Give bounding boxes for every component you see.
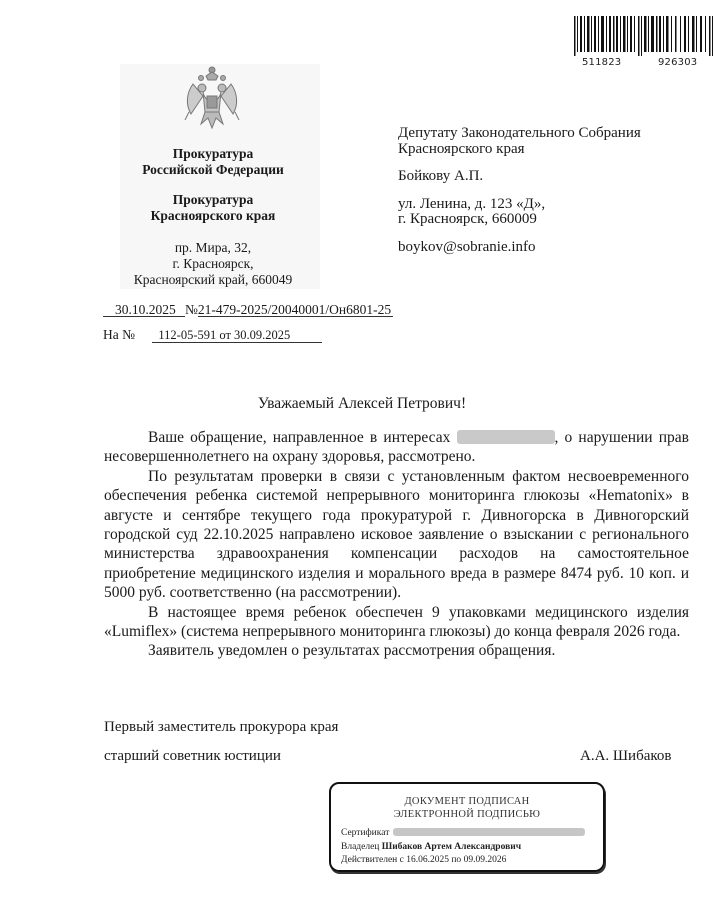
reference-value: 112-05-591 от 30.09.2025 <box>152 329 322 343</box>
valid-to-label: по <box>451 855 461 865</box>
sender-org-line2: Российской Федерации <box>110 162 316 178</box>
validity-label: Действителен <box>341 855 397 865</box>
recipient-line1: Депутату Законодательного Собрания <box>398 125 641 141</box>
sender-addr-line3: Красноярский край, 660049 <box>110 272 316 288</box>
stamp-certificate-row: Сертификат <box>341 828 585 838</box>
body-paragraph-1: Ваше обращение, направленное в интересах… <box>104 428 689 467</box>
owner-name: Шибаков Артем Александрович <box>382 842 521 852</box>
certificate-label: Сертификат <box>341 828 389 838</box>
outgoing-date: 30.10.2025 <box>103 303 185 317</box>
recipient-addr-line1: ул. Ленина, д. 123 «Д», <box>398 196 545 212</box>
barcode-right-number: 926303 <box>658 57 697 68</box>
owner-label: Владелец <box>341 842 379 852</box>
reference-number-line: На № 112-05-591 от 30.09.2025 <box>103 327 322 343</box>
recipient-block: Депутату Законодательного Собрания Красн… <box>398 126 718 267</box>
reference-label: На № <box>103 327 135 342</box>
recipient-addr-line2: г. Красноярск, 660009 <box>398 211 537 227</box>
sender-addr-line1: пр. Мира, 32, <box>110 240 316 256</box>
valid-from-date: 16.06.2025 <box>406 855 449 865</box>
sender-addr-line2: г. Красноярск, <box>110 256 316 272</box>
barcode-left-number: 511823 <box>582 57 621 68</box>
sender-sub-line2: Красноярского края <box>110 208 316 224</box>
redacted-name <box>457 430 555 444</box>
stamp-owner-row: Владелец Шибаков Артем Александрович <box>341 842 521 852</box>
stamp-validity-row: Действителен с 16.06.2025 по 09.09.2026 <box>341 855 506 865</box>
barcode-bars-icon <box>574 16 714 56</box>
valid-to-date: 09.09.2026 <box>464 855 507 865</box>
sender-sub-line1: Прокуратура <box>110 192 316 208</box>
signatory-rank: старший советник юстиции <box>104 748 281 765</box>
recipient-line2: Красноярского края <box>398 141 525 157</box>
signatory-position: Первый заместитель прокурора края <box>104 719 338 736</box>
stamp-title: ДОКУМЕНТ ПОДПИСАН ЭЛЕКТРОННОЙ ПОДПИСЬЮ <box>331 795 603 821</box>
recipient-name: Бойкову А.П. <box>398 168 483 184</box>
salutation: Уважаемый Алексей Петрович! <box>0 395 724 413</box>
number-sign: № <box>185 302 198 317</box>
barcode: 511823 926303 <box>568 14 720 64</box>
redacted-certificate <box>393 828 585 836</box>
sender-org-line1: Прокуратура <box>110 146 316 162</box>
russian-coat-of-arms-icon <box>181 64 243 136</box>
body-paragraph-3: В настоящее время ребенок обеспечен 9 уп… <box>104 603 689 642</box>
electronic-signature-stamp: ДОКУМЕНТ ПОДПИСАН ЭЛЕКТРОННОЙ ПОДПИСЬЮ С… <box>329 782 605 872</box>
letter-body: Ваше обращение, направленное в интересах… <box>104 428 689 661</box>
outgoing-number: 21-479-2025/20040001/Он6801-25 <box>198 303 393 317</box>
sender-organization: Прокуратура Российской Федерации Прокура… <box>110 146 316 224</box>
body-paragraph-4: Заявитель уведомлен о результатах рассмо… <box>104 641 689 660</box>
outgoing-number-line: 30.10.2025№21-479-2025/20040001/Он6801-2… <box>103 302 393 318</box>
stamp-title-line2: ЭЛЕКТРОННОЙ ПОДПИСЬЮ <box>331 808 603 821</box>
sender-address: пр. Мира, 32, г. Красноярск, Красноярски… <box>110 240 316 288</box>
recipient-email: boykov@sobranie.info <box>398 239 536 255</box>
signatory-name: А.А. Шибаков <box>580 748 671 765</box>
valid-from-label: с <box>400 855 404 865</box>
body-paragraph-2: По результатам проверки в связи с устано… <box>104 467 689 603</box>
stamp-title-line1: ДОКУМЕНТ ПОДПИСАН <box>331 795 603 808</box>
body-p1-before: Ваше обращение, направленное в интересах <box>148 429 457 446</box>
